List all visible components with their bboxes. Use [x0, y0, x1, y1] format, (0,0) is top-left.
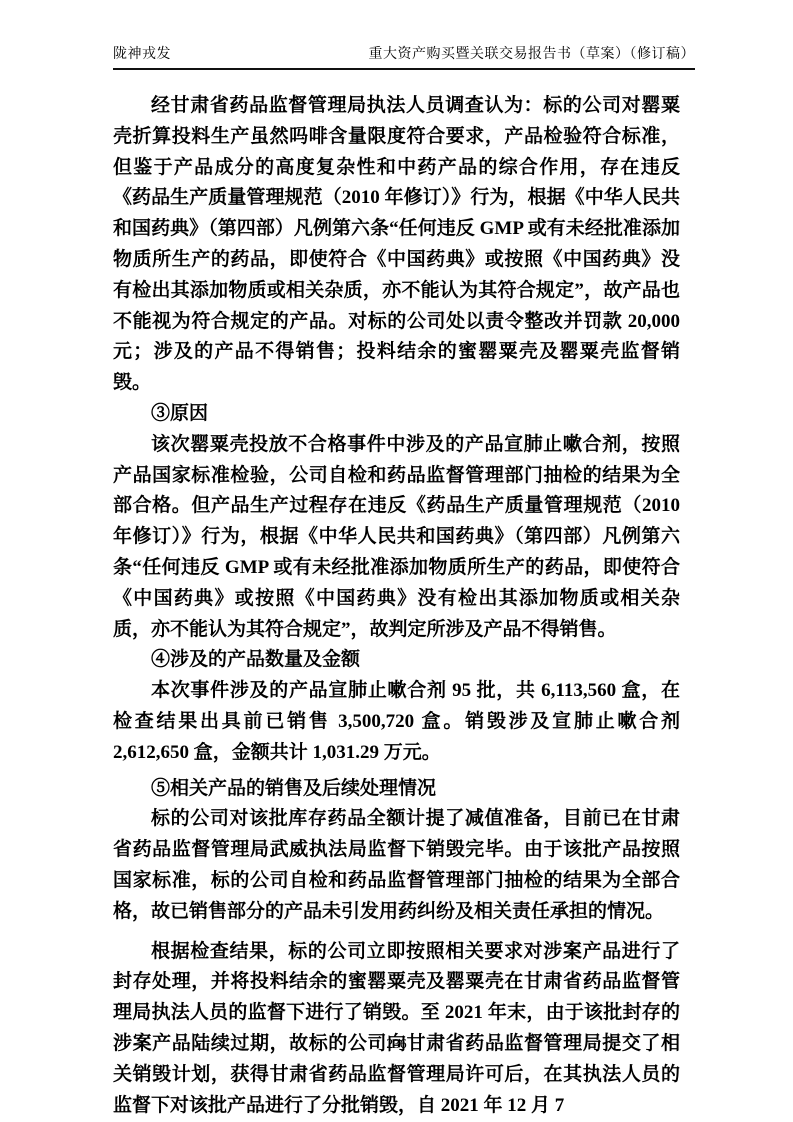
heading-cause: ③原因	[113, 399, 680, 430]
para-impairment-and-destruction: 标的公司对该批库存药品全额计提了减值准备，目前已在甘肃省药品监督管理局武威执法局…	[113, 804, 680, 927]
para-regulator-investigation-finding: 经甘肃省药品监督管理局执法人员调查认为：标的公司对罂粟壳折算投料生产虽然吗啡含量…	[113, 91, 680, 399]
heading-sales-followup-handling: ⑤相关产品的销售及后续处理情况	[113, 774, 680, 805]
para-cause-detail: 该次罂粟壳投放不合格事件中涉及的产品宣肺止嗽合剂，按照产品国家标准检验，公司自检…	[113, 430, 680, 646]
page-number: 236	[386, 1036, 406, 1051]
header-report-title: 重大资产购买暨关联交易报告书（草案）（修订稿）	[369, 46, 696, 64]
document-page: 陇神戎发 重大资产购买暨关联交易报告书（草案）（修订稿） 经甘肃省药品监督管理局…	[0, 0, 793, 1122]
document-body: 经甘肃省药品监督管理局执法人员调查认为：标的公司对罂粟壳折算投料生产虽然吗啡含量…	[113, 91, 680, 1121]
para-product-quantity-amount: 本次事件涉及的产品宣肺止嗽合剂 95 批，共 6,113,560 盒，在检查结果…	[113, 676, 680, 768]
heading-product-quantity-amount: ④涉及的产品数量及金额	[113, 645, 680, 676]
header-company-name: 陇神戎发	[113, 46, 171, 64]
page-header: 陇神戎发 重大资产购买暨关联交易报告书（草案）（修订稿）	[113, 46, 695, 70]
page-footer: 236	[0, 1036, 793, 1052]
para-sealing-and-batch-destruction: 根据检查结果，标的公司立即按照相关要求对涉案产品进行了封存处理，并将投料结余的蜜…	[113, 937, 680, 1122]
